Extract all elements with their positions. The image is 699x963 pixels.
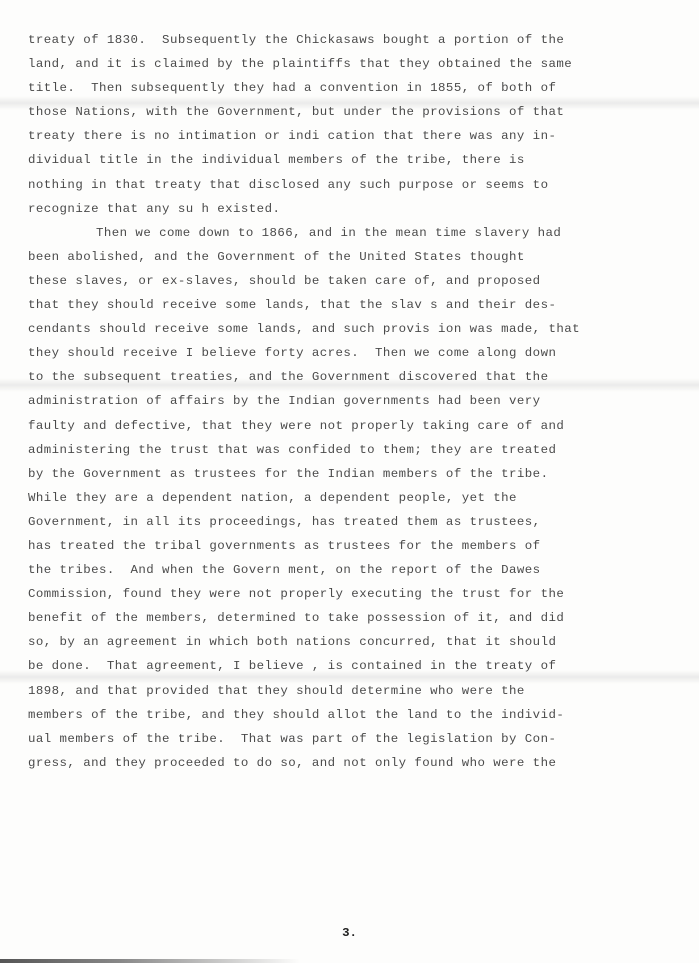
document-page: treaty of 1830. Subsequently the Chickas… <box>0 0 699 963</box>
text-line: those Nations, with the Government, but … <box>28 100 688 124</box>
text-line: Government, in all its proceedings, has … <box>28 510 688 534</box>
text-line: these slaves, or ex-slaves, should be ta… <box>28 269 688 293</box>
text-line: faulty and defective, that they were not… <box>28 414 688 438</box>
text-line: treaty of 1830. Subsequently the Chickas… <box>28 28 688 52</box>
text-line: cendants should receive some lands, and … <box>28 317 688 341</box>
text-line: Then we come down to 1866, and in the me… <box>28 221 688 245</box>
page-number: 3. <box>0 926 699 940</box>
text-line: been abolished, and the Government of th… <box>28 245 688 269</box>
text-line: members of the tribe, and they should al… <box>28 703 688 727</box>
text-line: that they should receive some lands, tha… <box>28 293 688 317</box>
text-line: the tribes. And when the Govern ment, on… <box>28 558 688 582</box>
paper-bottom-edge <box>0 959 300 963</box>
text-line: has treated the tribal governments as tr… <box>28 534 688 558</box>
text-line: treaty there is no intimation or indi ca… <box>28 124 688 148</box>
text-line: they should receive I believe forty acre… <box>28 341 688 365</box>
text-line: title. Then subsequently they had a conv… <box>28 76 688 100</box>
text-line: by the Government as trustees for the In… <box>28 462 688 486</box>
text-line: benefit of the members, determined to ta… <box>28 606 688 630</box>
text-line: Commission, found they were not properly… <box>28 582 688 606</box>
text-line: 1898, and that provided that they should… <box>28 679 688 703</box>
body-text: treaty of 1830. Subsequently the Chickas… <box>28 28 688 775</box>
text-line: While they are a dependent nation, a dep… <box>28 486 688 510</box>
text-line: land, and it is claimed by the plaintiff… <box>28 52 688 76</box>
text-line: gress, and they proceeded to do so, and … <box>28 751 688 775</box>
text-line: recognize that any su h existed. <box>28 197 688 221</box>
paragraph: Then we come down to 1866, and in the me… <box>28 221 688 775</box>
text-line: be done. That agreement, I believe , is … <box>28 654 688 678</box>
text-line: so, by an agreement in which both nation… <box>28 630 688 654</box>
text-line: to the subsequent treaties, and the Gove… <box>28 365 688 389</box>
paragraph: treaty of 1830. Subsequently the Chickas… <box>28 28 688 221</box>
text-line: dividual title in the individual members… <box>28 148 688 172</box>
text-line: nothing in that treaty that disclosed an… <box>28 173 688 197</box>
text-line: administration of affairs by the Indian … <box>28 389 688 413</box>
text-line: ual members of the tribe. That was part … <box>28 727 688 751</box>
text-line: administering the trust that was confide… <box>28 438 688 462</box>
